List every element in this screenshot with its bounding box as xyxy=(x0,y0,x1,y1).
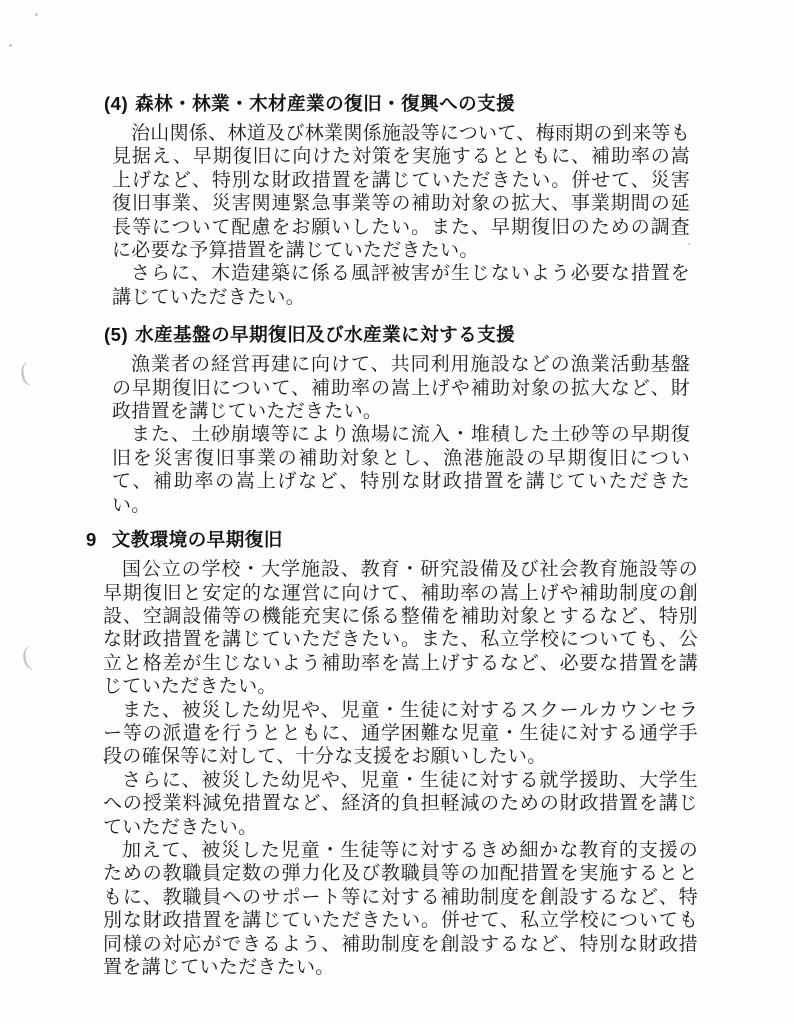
paragraph: 漁業者の経営再建に向けて、共同利用施設などの漁業活動基盤の早期復旧について、補助… xyxy=(112,353,690,423)
section-title: 水産基盤の早期復旧及び水産業に対する支援 xyxy=(135,324,515,345)
paragraph: また、土砂崩壊等により漁場に流入・堆積した土砂等の早期復旧を災害復旧事業の補助対… xyxy=(112,423,690,517)
paragraph: また、被災した幼児や、児童・生徒に対するスクールカウンセラー等の派遣を行うととも… xyxy=(103,699,698,769)
document-content: (4)森林・林業・木材産業の復旧・復興への支援 治山関係、林道及び林業関係施設等… xyxy=(100,0,702,979)
section-title: 森林・林業・木材産業の復旧・復興への支援 xyxy=(135,93,515,114)
section-4-heading: (4)森林・林業・木材産業の復旧・復興への支援 xyxy=(104,92,702,116)
paragraph: さらに、木造建築に係る風評被害が生じないよう必要な措置を講じていただきたい。 xyxy=(112,262,690,309)
section-4-body: 治山関係、林道及び林業関係施設等について、梅雨期の到来等も見据え、早期復旧に向け… xyxy=(112,122,690,309)
section-number: (5) xyxy=(104,324,128,345)
scan-speck xyxy=(9,44,12,47)
section-9-heading: 9文教環境の早期復旧 xyxy=(86,528,702,552)
section-5-body: 漁業者の経営再建に向けて、共同利用施設などの漁業活動基盤の早期復旧について、補助… xyxy=(112,353,690,517)
paragraph: 国公立の学校・大学施設、教育・研究設備及び社会教育施設等の早期復旧と安定的な運営… xyxy=(103,558,698,698)
scanned-document-page: (4)森林・林業・木材産業の復旧・復興への支援 治山関係、林道及び林業関係施設等… xyxy=(0,0,794,1024)
section-title: 文教環境の早期復旧 xyxy=(112,529,283,550)
scan-speck xyxy=(35,13,38,16)
scan-artifact: ( xyxy=(19,641,33,672)
section-5: (5)水産基盤の早期復旧及び水産業に対する支援 漁業者の経営再建に向けて、共同利… xyxy=(100,323,702,517)
section-number: (4) xyxy=(104,93,128,114)
paragraph: 加えて、被災した児童・生徒等に対するきめ細かな教育的支援のための教職員定数の弾力… xyxy=(103,839,698,979)
section-5-heading: (5)水産基盤の早期復旧及び水産業に対する支援 xyxy=(104,323,702,347)
section-9: 9文教環境の早期復旧 国公立の学校・大学施設、教育・研究設備及び社会教育施設等の… xyxy=(100,528,702,979)
section-4: (4)森林・林業・木材産業の復旧・復興への支援 治山関係、林道及び林業関係施設等… xyxy=(100,92,702,309)
section-9-body: 国公立の学校・大学施設、教育・研究設備及び社会教育施設等の早期復旧と安定的な運営… xyxy=(103,558,698,979)
scan-speck xyxy=(688,243,690,245)
scan-artifact: ( xyxy=(17,357,31,388)
paragraph: さらに、被災した幼児や、児童・生徒に対する就学援助、大学生への授業料減免措置など… xyxy=(103,769,698,839)
section-number: 9 xyxy=(86,529,97,550)
paragraph: 治山関係、林道及び林業関係施設等について、梅雨期の到来等も見据え、早期復旧に向け… xyxy=(112,122,690,262)
